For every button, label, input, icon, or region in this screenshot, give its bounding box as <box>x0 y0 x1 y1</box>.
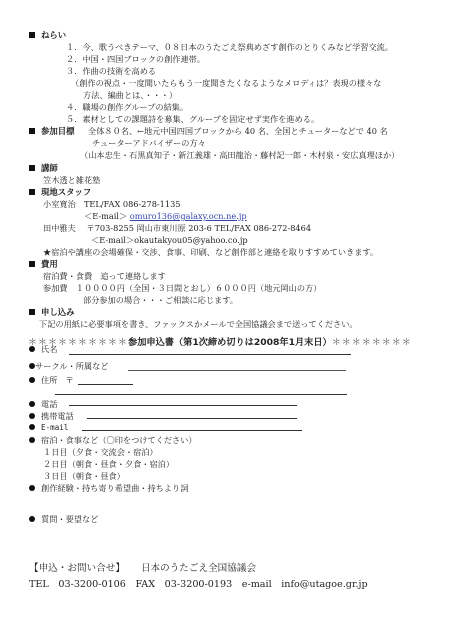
bullet-icon <box>29 401 35 407</box>
lecturer-heading: 講師 <box>29 164 58 172</box>
staff-person-1: 小室寛治 TEL/FAX 086-278-1135 <box>43 200 181 208</box>
staff-person-2-email: ＜E-mail＞okautakyou05@yahoo.co.jp <box>91 236 248 244</box>
stars-right: ＊＊＊＊＊＊＊＊ <box>332 338 412 348</box>
mobile-input-line[interactable] <box>87 418 297 419</box>
fees-participation: 参加費 １００００円（全国・３日間とおし）６０００円（地元岡山の方） <box>43 284 321 292</box>
staff-heading: 現地スタッフ <box>29 188 91 196</box>
circle-input-line[interactable] <box>128 370 346 371</box>
email-input-line[interactable] <box>82 430 302 431</box>
field-mobile-label: 携帯電話 <box>29 412 74 420</box>
field-circle-label: サークル・所属など <box>29 362 108 370</box>
bullet-icon <box>29 516 35 522</box>
bullet-icon <box>29 424 35 430</box>
fees-lodging: 宿泊費・食費 追って連絡します <box>43 272 166 280</box>
aim-item-5: ５．素材としての課題詩を募集、グループを固定せず実作を進める。 <box>66 115 319 123</box>
aim-item-3: ３．作曲の技術を高める <box>66 67 156 75</box>
square-bullet-icon <box>29 32 35 38</box>
apply-text: 下記の用紙に必要事項を書き、ファックスかメールで全国協議会まで送ってください。 <box>39 320 358 328</box>
footer-contact: 【申込・お問い合せ】日本のうたごえ全国協議会 <box>29 564 256 574</box>
postal-input-line[interactable] <box>78 384 133 385</box>
fees-partial: 部分参加の場合・・・ご相談に応じます。 <box>83 296 238 304</box>
bullet-icon <box>29 485 35 491</box>
fees-heading: 費用 <box>29 260 58 268</box>
bullet-icon <box>29 413 35 419</box>
lodging-day-1[interactable]: １日目（夕食・交流会・宿泊） <box>43 448 158 456</box>
square-bullet-icon <box>29 128 35 134</box>
aim-item-3-detail-2: 方法、編曲とは、・・・） <box>83 91 177 99</box>
field-lodging-label: 宿泊・食事など（〇印をつけてください） <box>29 436 197 444</box>
lodging-day-2[interactable]: ２日目（朝食・昼食・夕食・宿泊） <box>43 460 174 468</box>
field-email-label: E-mail <box>29 424 68 432</box>
lecturer-name: 笠木透と雑花塾 <box>43 176 100 184</box>
staff-note: ★宿泊や講座の会場確保・交渉、食事、印刷、など創作部と連絡を取りすすめていきます… <box>43 248 378 256</box>
target-line-1: 全体８０名、←地元中国四国ブロックから 40 名、全国とチューターなどで 40 … <box>88 127 388 135</box>
bullet-icon <box>29 437 35 443</box>
field-questions-label: 質問・要望など <box>29 515 98 523</box>
square-bullet-icon <box>29 165 35 171</box>
footer-org: 日本のうたごえ全国協議会 <box>141 563 256 574</box>
aim-item-1: １．今、歌うべきテーマ、０８日本のうたごえ祭典めざす創作のとりくみなど学習交流。 <box>66 43 393 51</box>
staff-person-2: 田中雅夫 〒703-8255 岡山市東川原 203-6 TEL/FAX 086-… <box>43 224 311 232</box>
square-bullet-icon <box>29 261 35 267</box>
staff-email-link[interactable]: omuro136@galaxy.ocn.ne.jp <box>130 211 247 221</box>
bullet-icon <box>29 346 35 352</box>
target-line-2: チューターアドバイザーの方々 <box>92 139 206 147</box>
form-title-row: ＊＊＊＊＊＊＊＊＊＊参加申込書（第1次締め切りは2008年1月末日）＊＊＊＊＊＊… <box>28 332 412 348</box>
target-heading: 参加目標 <box>29 127 75 135</box>
aim-item-2: ２．中国・四国ブロックの創作連帯。 <box>66 55 205 63</box>
name-input-line[interactable] <box>69 354 351 355</box>
bullet-icon <box>29 377 35 383</box>
lodging-day-3[interactable]: ３日目（朝食・昼食） <box>43 472 125 480</box>
field-name-label: 氏名 <box>29 345 57 353</box>
field-phone-label: 電話 <box>29 400 57 408</box>
footer-tel-fax-email: TEL 03-3200-0106 FAX 03-3200-0193 e-mail… <box>29 580 368 590</box>
form-title: 参加申込書（第1次締め切りは2008年1月末日） <box>128 337 332 348</box>
square-bullet-icon <box>29 189 35 195</box>
field-address-label: 住所 〒 <box>29 376 74 384</box>
field-experience-label: 創作経験・持ち寄り希望曲・持ちより詞 <box>29 484 188 492</box>
target-line-3: （山本忠生・石黒真知子・新江義雄・高田龍治・藤村記一郎・木村泉・安広真理ほか） <box>80 151 399 159</box>
address-input-line[interactable] <box>55 394 347 395</box>
staff-person-1-email-row: ＜E-mail＞ omuro136@galaxy.ocn.ne.jp <box>84 212 247 220</box>
phone-input-line[interactable] <box>69 405 297 406</box>
aims-heading: ねらい <box>29 31 66 39</box>
square-bullet-icon <box>29 309 35 315</box>
apply-heading: 申し込み <box>29 308 75 316</box>
aim-item-4: ４．職場の創作グループの結集。 <box>66 103 188 111</box>
aim-item-3-detail: （創作の視点・一度聞いたらもう一度聞きたくなるようなメロディは？表現の様々な <box>71 79 381 87</box>
